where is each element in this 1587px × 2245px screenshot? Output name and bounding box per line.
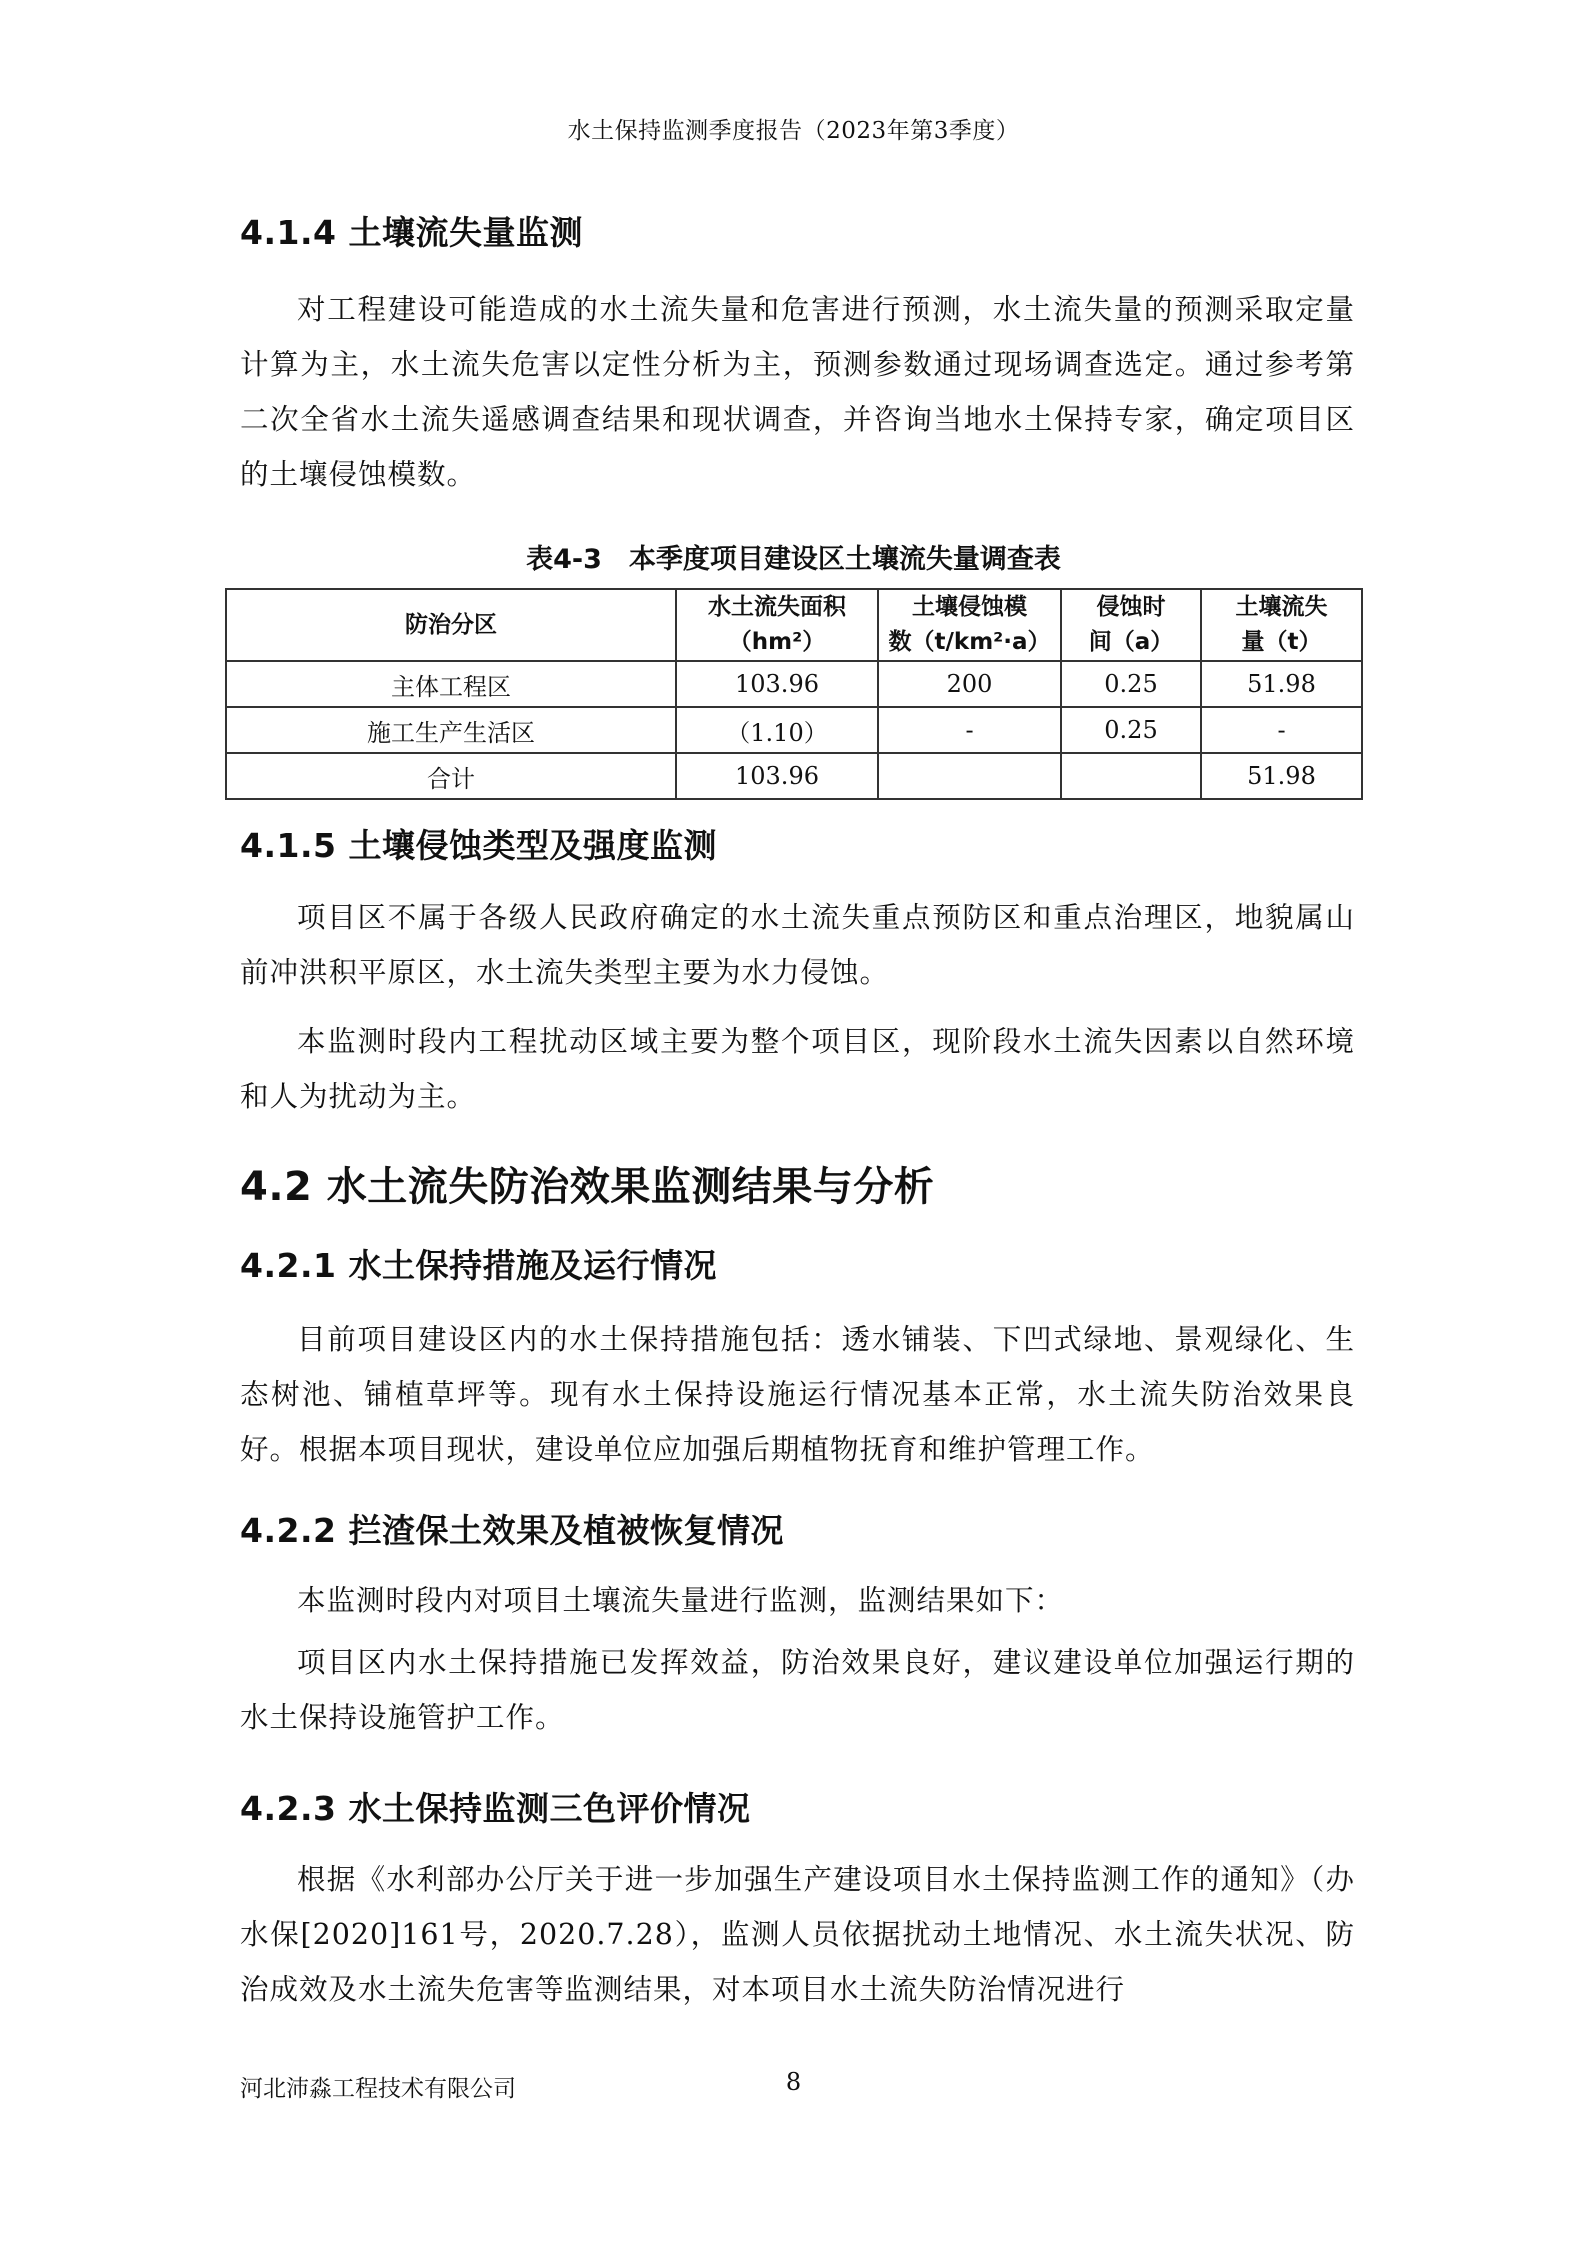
cell-area: 103.96 bbox=[676, 661, 878, 707]
table-row: 主体工程区 103.96 200 0.25 51.98 bbox=[226, 661, 1362, 707]
cell-zone: 主体工程区 bbox=[226, 661, 676, 707]
cell-zone: 合计 bbox=[226, 753, 676, 799]
heading-4-1-4: 4.1.4 土壤流失量监测 bbox=[240, 207, 583, 254]
cell-zone: 施工生产生活区 bbox=[226, 707, 676, 753]
soil-loss-table: 防治分区 水土流失面积（hm²） 土壤侵蚀模数（t/km²·a） 侵蚀时间（a）… bbox=[225, 588, 1363, 800]
cell-time bbox=[1061, 753, 1201, 799]
page-number: 8 bbox=[0, 2068, 1587, 2096]
cell-modulus: - bbox=[878, 707, 1061, 753]
table-row-total: 合计 103.96 51.98 bbox=[226, 753, 1362, 799]
cell-modulus: 200 bbox=[878, 661, 1061, 707]
cell-area: （1.10） bbox=[676, 707, 878, 753]
paragraph-4-1-4: 对工程建设可能造成的水土流失量和危害进行预测，水土流失量的预测采取定量计算为主，… bbox=[240, 282, 1355, 502]
paragraph-4-2-1: 目前项目建设区内的水土保持措施包括：透水铺装、下凹式绿地、景观绿化、生态树池、铺… bbox=[240, 1312, 1355, 1477]
table-caption: 表4-3 本季度项目建设区土壤流失量调查表 bbox=[0, 537, 1587, 576]
paragraph-4-2-2-b: 项目区内水土保持措施已发挥效益，防治效果良好，建议建设单位加强运行期的水土保持设… bbox=[240, 1635, 1355, 1745]
table-row: 施工生产生活区 （1.10） - 0.25 - bbox=[226, 707, 1362, 753]
heading-4-2-3: 4.2.3 水土保持监测三色评价情况 bbox=[240, 1783, 750, 1830]
paragraph-4-2-2-a: 本监测时段内对项目土壤流失量进行监测，监测结果如下： bbox=[240, 1573, 1355, 1628]
cell-time: 0.25 bbox=[1061, 707, 1201, 753]
cell-loss: - bbox=[1201, 707, 1362, 753]
header-loss: 土壤流失量（t） bbox=[1201, 589, 1362, 661]
header-modulus: 土壤侵蚀模数（t/km²·a） bbox=[878, 589, 1061, 661]
heading-4-2-2: 4.2.2 拦渣保土效果及植被恢复情况 bbox=[240, 1505, 784, 1552]
header-area: 水土流失面积（hm²） bbox=[676, 589, 878, 661]
cell-time: 0.25 bbox=[1061, 661, 1201, 707]
heading-4-2-1: 4.2.1 水土保持措施及运行情况 bbox=[240, 1240, 717, 1287]
heading-4-2: 4.2 水土流失防治效果监测结果与分析 bbox=[240, 1155, 934, 1212]
cell-area: 103.96 bbox=[676, 753, 878, 799]
paragraph-4-1-5-a: 项目区不属于各级人民政府确定的水土流失重点预防区和重点治理区，地貌属山前冲洪积平… bbox=[240, 890, 1355, 1000]
cell-loss: 51.98 bbox=[1201, 753, 1362, 799]
header-zone: 防治分区 bbox=[226, 589, 676, 661]
header-time: 侵蚀时间（a） bbox=[1061, 589, 1201, 661]
heading-4-1-5: 4.1.5 土壤侵蚀类型及强度监测 bbox=[240, 820, 717, 867]
paragraph-4-2-3: 根据《水利部办公厅关于进一步加强生产建设项目水土保持监测工作的通知》（办水保[2… bbox=[240, 1852, 1355, 2017]
cell-loss: 51.98 bbox=[1201, 661, 1362, 707]
paragraph-4-1-5-b: 本监测时段内工程扰动区域主要为整个项目区，现阶段水土流失因素以自然环境和人为扰动… bbox=[240, 1014, 1355, 1124]
running-header: 水土保持监测季度报告（2023年第3季度） bbox=[0, 112, 1587, 145]
table-header-row: 防治分区 水土流失面积（hm²） 土壤侵蚀模数（t/km²·a） 侵蚀时间（a）… bbox=[226, 589, 1362, 661]
cell-modulus bbox=[878, 753, 1061, 799]
